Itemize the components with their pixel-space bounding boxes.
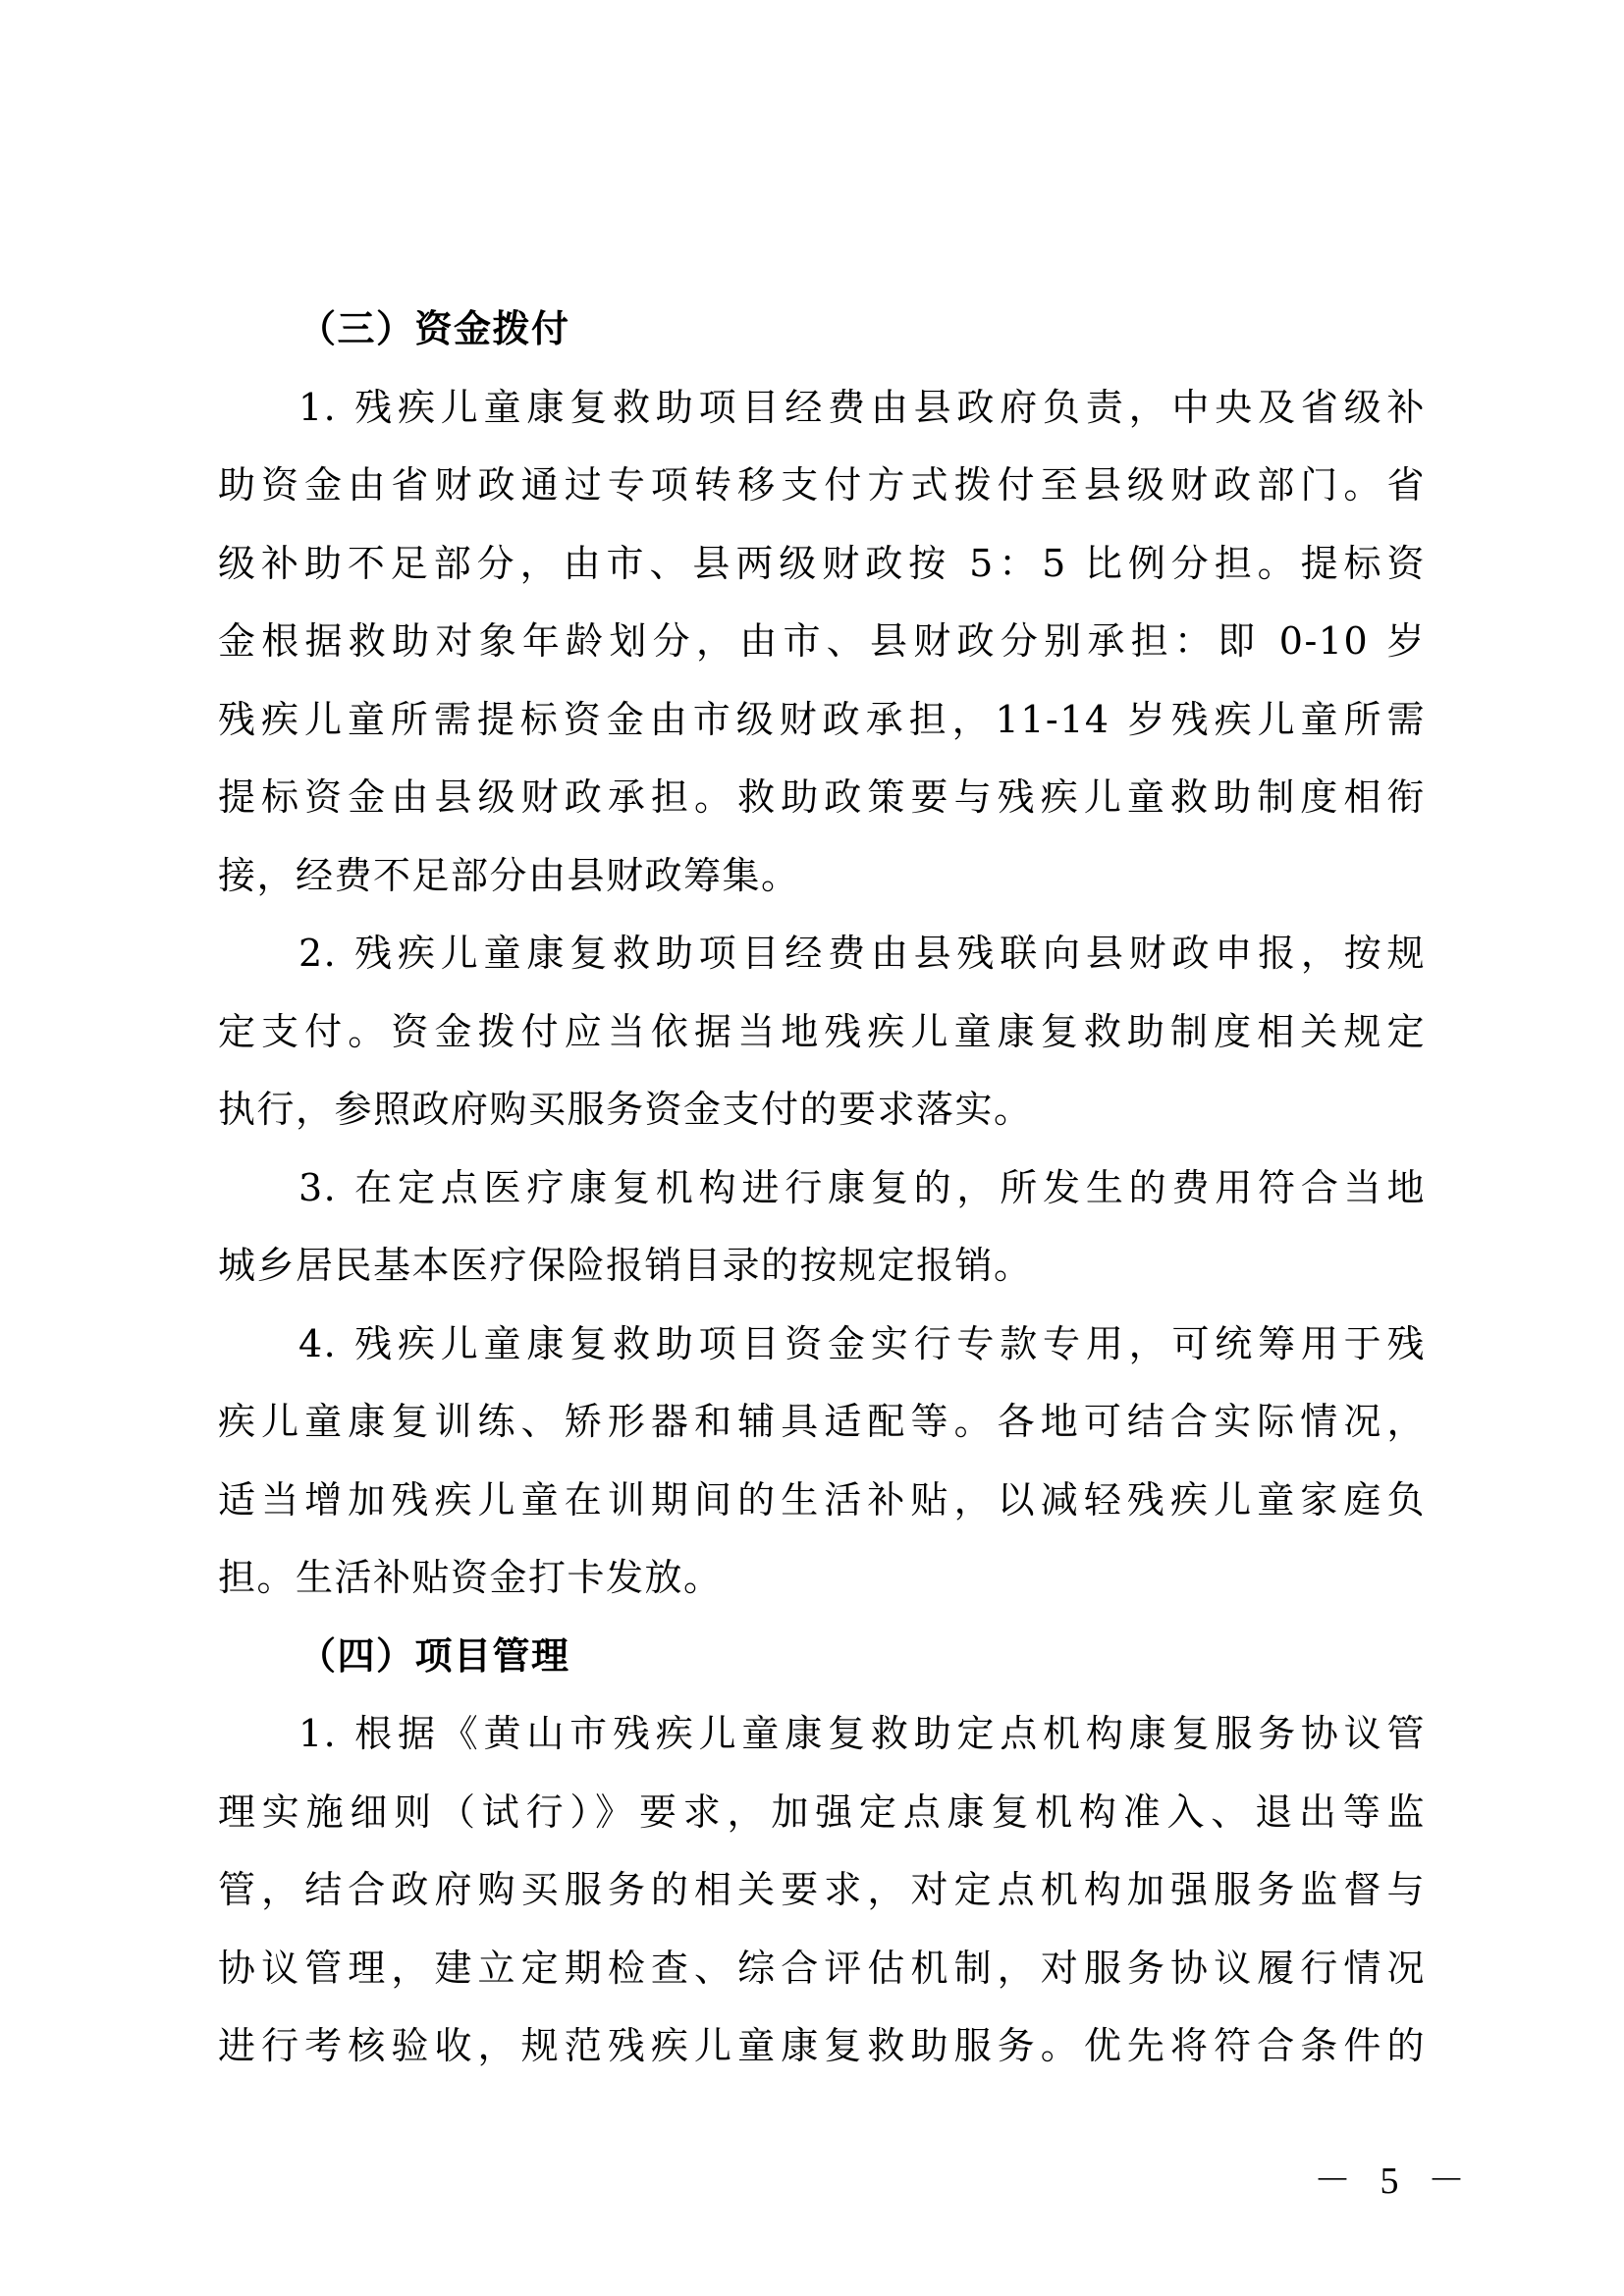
text-line: 执行，参照政府购买服务资金支付的要求落实。 (218, 1071, 1426, 1149)
text-line: 城乡居民基本医疗保险报销目录的按规定报销。 (218, 1227, 1426, 1306)
text-line: 级补助不足部分，由市、县两级财政按 5：5 比例分担。提标资 (218, 525, 1426, 604)
text-line: 定支付。资金拨付应当依据当地残疾儿童康复救助制度相关规定 (218, 993, 1426, 1072)
text-line: 适当增加残疾儿童在训期间的生活补贴，以减轻残疾儿童家庭负 (218, 1462, 1426, 1540)
text-line: 疾儿童康复训练、矫形器和辅具适配等。各地可结合实际情况， (218, 1383, 1426, 1462)
text-line: 1. 根据《黄山市残疾儿童康复救助定点机构康复服务协议管 (218, 1695, 1426, 1774)
text-line: 协议管理，建立定期检查、综合评估机制，对服务协议履行情况 (218, 1930, 1426, 2008)
text-line: 提标资金由县级财政承担。救助政策要与残疾儿童救助制度相衔 (218, 759, 1426, 837)
text-line: 残疾儿童所需提标资金由市级财政承担，11-14 岁残疾儿童所需 (218, 681, 1426, 760)
text-line: 1. 残疾儿童康复救助项目经费由县政府负责，中央及省级补 (218, 369, 1426, 448)
document-body: （三）资金拨付 1. 残疾儿童康复救助项目经费由县政府负责，中央及省级补 助资金… (218, 291, 1426, 2086)
page-number: － 5 － (1314, 2150, 1475, 2204)
section-heading-funding: （三）资金拨付 (218, 291, 1426, 369)
text-line: 进行考核验收，规范残疾儿童康复救助服务。优先将符合条件的 (218, 2007, 1426, 2086)
text-line: 担。生活补贴资金打卡发放。 (218, 1539, 1426, 1618)
paragraph-funding-1: 1. 残疾儿童康复救助项目经费由县政府负责，中央及省级补 助资金由省财政通过专项… (218, 369, 1426, 916)
text-line: 4. 残疾儿童康复救助项目资金实行专款专用，可统筹用于残 (218, 1306, 1426, 1384)
text-line: 金根据救助对象年龄划分，由市、县财政分别承担：即 0-10 岁 (218, 603, 1426, 681)
text-line: 接，经费不足部分由县财政筹集。 (218, 837, 1426, 916)
text-line: 助资金由省财政通过专项转移支付方式拨付至县级财政部门。省 (218, 447, 1426, 525)
paragraph-funding-4: 4. 残疾儿童康复救助项目资金实行专款专用，可统筹用于残 疾儿童康复训练、矫形器… (218, 1306, 1426, 1618)
paragraph-funding-3: 3. 在定点医疗康复机构进行康复的，所发生的费用符合当地 城乡居民基本医疗保险报… (218, 1149, 1426, 1306)
document-page: （三）资金拨付 1. 残疾儿童康复救助项目经费由县政府负责，中央及省级补 助资金… (0, 0, 1624, 2296)
text-line: 3. 在定点医疗康复机构进行康复的，所发生的费用符合当地 (218, 1149, 1426, 1228)
text-line: 管，结合政府购买服务的相关要求，对定点机构加强服务监督与 (218, 1851, 1426, 1930)
text-line: 2. 残疾儿童康复救助项目经费由县残联向县财政申报，按规 (218, 915, 1426, 993)
section-heading-management: （四）项目管理 (218, 1618, 1426, 1696)
text-line: 理实施细则（试行）》要求，加强定点康复机构准入、退出等监 (218, 1774, 1426, 1852)
paragraph-funding-2: 2. 残疾儿童康复救助项目经费由县残联向县财政申报，按规 定支付。资金拨付应当依… (218, 915, 1426, 1149)
paragraph-management-1: 1. 根据《黄山市残疾儿童康复救助定点机构康复服务协议管 理实施细则（试行）》要… (218, 1695, 1426, 2086)
